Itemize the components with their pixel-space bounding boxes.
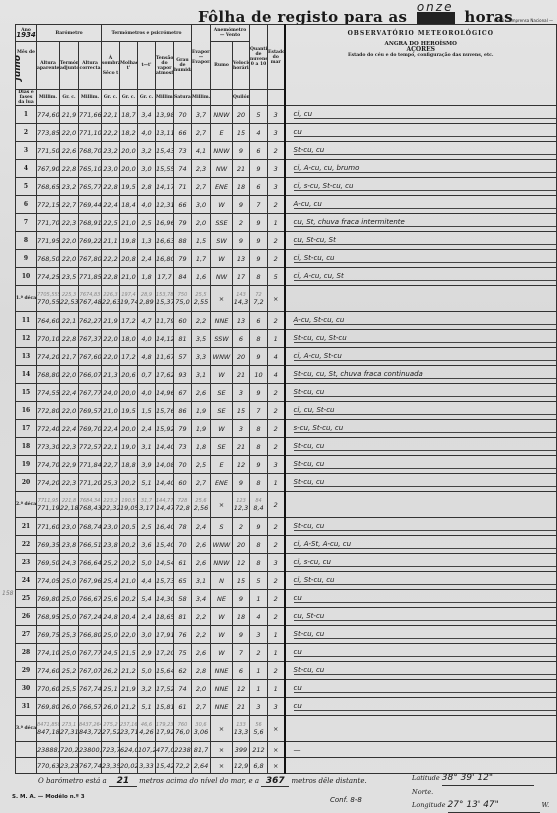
month-cell-vel: 12,9 [233,758,250,774]
sky-description: A-cu, cu [285,196,557,214]
sky-description-text: A-cu, St-cu, cu [294,316,557,325]
cell-nuv: 9 [250,518,268,536]
day-number: 25 [16,590,37,608]
sky-description-text: cu [294,684,557,693]
cell-vel: 9 [233,196,250,214]
cell-molh: 20,0 [120,142,138,160]
sky-description: ci, A-cu, cu, St [285,268,557,286]
decade-mean: 768,434 [79,504,102,512]
cell-alt-ap: 768,95 [37,608,60,626]
cell-seco: 25,1 [102,680,120,698]
table-row: 29774,6025,2767,0726,221,25,015,64622,8N… [16,662,557,680]
cell-alt-ap: 774,60 [37,106,60,124]
sky-description-text: ci, cu [294,110,557,119]
cell-alt-corr: 765,10 [79,160,102,178]
hour-redaction: onze [417,12,455,24]
table-row: 1774,6021,9771,6622,118,73,413,98703,7NN… [16,106,557,124]
cell-term-adj: 22,6 [60,142,79,160]
cell-vel: 9 [233,474,250,492]
decade-mean: 767,483 [79,298,102,306]
cell-evap: 1,8 [192,438,211,456]
cell-molh: 18,0 [120,330,138,348]
cell-tensao: 14,96 [156,384,174,402]
cell-alt-ap: 764,60 [37,312,60,330]
cell-molh: 20,2 [120,590,138,608]
cell-vel: 9 [233,232,250,250]
cell-grau: 71 [174,178,192,196]
table-row: 20774,2022,3771,2025,320,25,114,40602,7E… [16,474,557,492]
unit: Millim. [37,90,60,106]
cell-tensao: 18,65 [156,608,174,626]
decade-mean: 843,7264 [79,728,102,736]
cell-grau: 78 [174,518,192,536]
decade-mean: 5,6 [253,728,263,736]
cell-mar: 2 [268,384,285,402]
cell-rumo: NNE [211,698,233,716]
cell-evap: 3,5 [192,330,211,348]
cell-rumo: SSW [211,330,233,348]
month-cell-seco: 723,7 [102,742,120,758]
cell-tensao: 17,62 [156,366,174,384]
seco-header: À sombraSêco t [102,42,120,90]
cell-seco: 21,9 [102,312,120,330]
decade-cell-term-adj: 225,322,53 [60,286,79,312]
cell-nuv: 1 [250,680,268,698]
decade-description [285,716,557,742]
sky-description: cu [285,590,557,608]
cell-term-adj: 25,2 [60,662,79,680]
month-cell-diff: 3,33 [138,758,156,774]
cell-alt-corr: 766,80 [79,626,102,644]
cell-nuv: 10 [250,366,268,384]
cell-tensao: 17,52 [156,680,174,698]
sky-description: ci, A-St, A-cu, cu [285,536,557,554]
cell-rumo: W [211,420,233,438]
cell-grau: 79 [174,250,192,268]
decade-cell-alt-corr: 8437,264843,7264 [79,716,102,742]
unit: Gr. c. [60,90,79,106]
cell-alt-ap: 771,70 [37,214,60,232]
month-cell-alt-corr: 767,74 [79,758,102,774]
day-number: 4 [16,160,37,178]
cell-nuv: 5 [250,572,268,590]
cell-seco: 22,2 [102,250,120,268]
cell-term-adj: 25,0 [60,572,79,590]
cell-seco: 21,1 [102,232,120,250]
cell-rumo: WNW [211,536,233,554]
cell-mar: 2 [268,572,285,590]
cell-alt-ap: 771,50 [37,142,60,160]
month-cell-mar: × [268,742,285,758]
cell-rumo: NNE [211,312,233,330]
diff-header: t—t' [138,42,156,90]
decade-cell-rumo: × [211,286,233,312]
sky-description-text: ci, s-cu, St-cu, cu [294,182,557,191]
unit [250,90,268,106]
unit [211,90,233,106]
decade-2-rows: 11764,6022,1762,2721,917,24,711,79602,2N… [16,312,557,492]
cell-mar: 3 [268,698,285,716]
decade-cell-tensao: 179,2317,923 [156,716,174,742]
decade-cell-term-adj: 221,822,18 [60,492,79,518]
sky-description: St-cu, cu [285,662,557,680]
sky-description: cu, St-cu, St [285,232,557,250]
cell-term-adj: 22,0 [60,232,79,250]
cell-seco: 22,0 [102,330,120,348]
cell-evap: 2,0 [192,680,211,698]
table-row: 22769,3523,8766,5123,820,23,615,40702,6W… [16,536,557,554]
latitude-value: 38° 39' 12" [442,772,534,786]
cell-evap: 2,7 [192,474,211,492]
grau-header: Grau de humidade [174,42,192,90]
cell-alt-ap: 774,05 [37,572,60,590]
unit: Millim. [156,90,174,106]
cell-rumo: S [211,518,233,536]
cell-evap: 3,1 [192,572,211,590]
cell-nuv: 8 [250,438,268,456]
decade-mean: 22,53 [60,298,79,306]
decade-mean: 2,89 [139,298,153,306]
sky-description-text: cu, St-cu [294,612,557,621]
cell-molh: 21,0 [120,214,138,232]
cell-diff: 3,9 [138,456,156,474]
cell-tensao: 11,67 [156,348,174,366]
cell-alt-corr: 766,64 [79,554,102,572]
day-number: 31 [16,698,37,716]
cell-nuv: 9 [250,214,268,232]
table-row: 10774,2523,5771,8522,821,01,817,7841,6NW… [16,268,557,286]
decade-cell-alt-corr: 7684,34768,434 [79,492,102,518]
sky-description-text: St-cu, cu [294,522,557,531]
day-number: 30 [16,680,37,698]
cell-rumo: NNW [211,142,233,160]
cell-vel: 13 [233,312,250,330]
decade-mean: 27,52 [102,728,120,736]
sky-description: cu, St, chuva fraca intermitente [285,214,557,232]
cell-diff: 3,1 [138,438,156,456]
sky-description-text: St-cu, cu [294,478,557,487]
cell-alt-ap: 768,80 [37,366,60,384]
cell-term-adj: 22,1 [60,312,79,330]
cell-nuv: 8 [250,536,268,554]
cell-alt-corr: 771,20 [79,474,102,492]
sky-description: cu [285,698,557,716]
cell-term-adj: 22,7 [60,196,79,214]
month-cell-term-adj: 23,23 [60,758,79,774]
decade-description [285,492,557,518]
cell-seco: 23,0 [102,160,120,178]
day-number: 6 [16,196,37,214]
cell-mar: 3 [268,124,285,142]
cell-nuv: 4 [250,124,268,142]
coordinates: Latitude 38° 39' 12" Norte. Longitude 27… [412,772,557,813]
cell-alt-ap: 772,80 [37,402,60,420]
cell-rumo: NW [211,160,233,178]
month-cell-alt-corr: 23800,00 [79,742,102,758]
cell-grau: 76 [174,626,192,644]
cell-vel: 18 [233,178,250,196]
decade-label: 3.ª década [16,716,37,742]
decade-cell-vel: 13313,3 [233,716,250,742]
cell-molh: 21,2 [120,698,138,716]
sky-description: ci, A-cu, St-cu [285,348,557,366]
table-row: 30770,6025,5767,7425,121,93,217,52742,0N… [16,680,557,698]
cell-mar: 1 [268,330,285,348]
cell-rumo: SW [211,232,233,250]
cell-grau: 65 [174,572,192,590]
day-number: 24 [16,572,37,590]
cell-term-adj: 25,0 [60,590,79,608]
cell-alt-corr: 769,70 [79,420,102,438]
sky-description-text: ci, A-St, A-cu, cu [294,540,557,549]
cell-nuv: 2 [250,644,268,662]
cell-rumo: SSE [211,214,233,232]
anemo-header: Anemómetro — Vento [211,25,250,42]
decade-cell-grau: 76076,0 [174,716,192,742]
unit: Millim. [79,90,102,106]
cell-evap: 4,1 [192,142,211,160]
cell-grau: 57 [174,348,192,366]
table-row: 4767,9022,8765,1023,020,03,015,55742,3NW… [16,160,557,178]
cell-mar: 2 [268,142,285,160]
barometer-header: Barómetro [37,25,102,42]
cell-term-adj: 22,0 [60,124,79,142]
cell-grau: 66 [174,196,192,214]
month-cell-grau: 72,2 [174,758,192,774]
cell-diff: 5,1 [138,698,156,716]
cell-alt-corr: 768,91 [79,214,102,232]
cell-seco: 24,0 [102,384,120,402]
month-cell-seco: 23,35 [102,758,120,774]
cell-grau: 60 [174,474,192,492]
cell-evap: 3,7 [192,106,211,124]
sky-description-text: St-cu, cu [294,388,557,397]
cell-seco: 22,4 [102,196,120,214]
cell-rumo: W [211,250,233,268]
decade-mean: 2 [274,501,278,509]
cell-mar: 2 [268,402,285,420]
table-row: 28774,1025,0767,7724,521,52,917,20752,6W… [16,644,557,662]
cell-term-adj: 22,0 [60,250,79,268]
cell-rumo: ENE [211,178,233,196]
sky-description-text: St-cu, cu [294,630,557,639]
cell-tensao: 14,08 [156,456,174,474]
cell-alt-corr: 767,77 [79,644,102,662]
cell-tensao: 14,12 [156,330,174,348]
rumo-header: Rumo [211,42,233,90]
decade-mean: 771,195 [37,504,60,512]
cell-diff: 3,0 [138,626,156,644]
barometer-height: 21 [109,776,137,787]
decade-cell-seco: 275,227,52 [102,716,120,742]
cell-grau: 73 [174,438,192,456]
cell-rumo: SE [211,438,233,456]
cell-grau: 61 [174,554,192,572]
month-summary: 23888,96720,223800,00723,7624,05107,2477… [16,742,557,774]
cell-diff: 3,2 [138,680,156,698]
cell-tensao: 15,92 [156,420,174,438]
sky-description-text: ci, St-cu, cu [294,254,557,263]
cell-nuv: 1 [250,590,268,608]
cell-mar: 3 [268,106,285,124]
table-row: 15774,5522,4767,7724,020,04,014,96672,6S… [16,384,557,402]
cell-term-adj: 21,7 [60,348,79,366]
table-row: 2773,8522,0771,1022,218,24,013,11662,7E1… [16,124,557,142]
sky-description-text: St-cu, cu, St, chuva fraca continuada [294,370,557,379]
cell-molh: 18,8 [120,456,138,474]
cell-tensao: 17,91 [156,626,174,644]
sky-description-text: St-cu, cu [294,442,557,451]
cell-grau: 61 [174,698,192,716]
day-number: 28 [16,644,37,662]
cell-mar: 2 [268,590,285,608]
cell-tensao: 16,96 [156,214,174,232]
vel-header: Velocidade horária [233,42,250,90]
decade-mean: 72,8 [175,504,189,512]
month-cell-alt-ap: 23888,96 [37,742,60,758]
cell-seco: 25,2 [102,554,120,572]
decade-cell-mar: 2 [268,492,285,518]
cell-evap: 1,7 [192,250,211,268]
cell-evap: 2,5 [192,456,211,474]
cell-tensao: 14,54 [156,554,174,572]
barometer-note: O barómetro está a 21 metros acima do ní… [38,776,367,787]
cell-vel: 2 [233,214,250,232]
cell-diff: 2,4 [138,250,156,268]
cell-vel: 6 [233,662,250,680]
cell-diff: 3,4 [138,106,156,124]
table-row: 31769,8026,0766,5726,021,25,115,81612,7N… [16,698,557,716]
cell-molh: 21,0 [120,572,138,590]
cell-tensao: 15,73 [156,572,174,590]
decade-mean: 847,185 [37,728,60,736]
table-row: 27769,7525,3766,8025,022,03,017,91762,2W… [16,626,557,644]
decade-mean: 75,0 [175,298,189,306]
cell-alt-corr: 772,57 [79,438,102,456]
cell-mar: 3 [268,178,285,196]
cell-seco: 25,6 [102,590,120,608]
year-header: Ano1934 [16,25,37,42]
cell-term-adj: 25,5 [60,680,79,698]
cell-evap: 2,6 [192,384,211,402]
unit: Gr. c. [120,90,138,106]
day-number: 29 [16,662,37,680]
cell-rumo: ENE [211,474,233,492]
cell-nuv: 9 [250,160,268,178]
cell-term-adj: 23,5 [60,268,79,286]
cell-mar: 3 [268,456,285,474]
sky-description: s-cu, St-cu, cu [285,420,557,438]
sky-description: cu [285,644,557,662]
day-number: 23 [16,554,37,572]
sky-description-text: ci, s-cu, cu [294,558,557,567]
table-row: 13774,2021,7767,6022,017,24,811,67573,3W… [16,348,557,366]
cell-seco: 22,7 [102,456,120,474]
cell-molh: 19,5 [120,178,138,196]
sky-description-text: St-cu, cu [294,666,557,675]
decade-cell-tensao: 153,7815,378 [156,286,174,312]
cell-vel: 12 [233,554,250,572]
observatory-name: OBSERVATÓRIO METEOROLÓGICO [286,31,557,36]
cell-term-adj: 25,0 [60,608,79,626]
cell-alt-ap: 774,55 [37,384,60,402]
cell-evap: 2,2 [192,312,211,330]
cell-tensao: 15,40 [156,536,174,554]
month-cell-evap: 2,64 [192,758,211,774]
decade-mean: 76,0 [175,728,189,736]
cell-molh: 17,2 [120,348,138,366]
decade-3-rows: 21771,6023,0768,7423,020,52,516,40782,4S… [16,518,557,716]
cell-alt-ap: 774,60 [37,662,60,680]
decade-cell-alt-ap: 8471,850847,185 [37,716,60,742]
cell-evap: 2,0 [192,214,211,232]
cell-molh: 18,4 [120,196,138,214]
table-row: 12770,1022,8767,3722,018,04,014,12813,5S… [16,330,557,348]
month-cell-rumo: × [211,742,233,758]
cell-term-adj: 23,2 [60,178,79,196]
sky-description-text: St-cu, cu, St-cu [294,334,557,343]
cell-rumo: WNW [211,348,233,366]
cell-nuv: 9 [250,232,268,250]
cell-molh: 20,8 [120,250,138,268]
cell-tensao: 17,20 [156,644,174,662]
cell-evap: 2,6 [192,644,211,662]
sky-description: cu [285,680,557,698]
cell-evap: 2,7 [192,698,211,716]
table-row: 5768,6523,2765,7722,819,52,814,17712,7EN… [16,178,557,196]
cell-seco: 24,5 [102,644,120,662]
decade-cell-molh: 237,1623,716 [120,716,138,742]
decade-summary-row: 3.ª década8471,850847,185273,127,318437,… [16,716,557,742]
cell-alt-ap: 772,15 [37,196,60,214]
cell-nuv: 3 [250,698,268,716]
cell-grau: 88 [174,232,192,250]
day-number: 16 [16,402,37,420]
cell-vel: 21 [233,438,250,456]
cell-alt-ap: 774,25 [37,268,60,286]
cell-rumo: NW [211,268,233,286]
decade-1-rows: 1774,6021,9771,6622,118,73,413,98703,7NN… [16,106,557,286]
cell-alt-ap: 774,10 [37,644,60,662]
cell-molh: 22,0 [120,626,138,644]
cell-vel: 3 [233,384,250,402]
unit: Gr. c. [138,90,156,106]
cell-tensao: 15,76 [156,402,174,420]
cell-mar: 2 [268,420,285,438]
cell-alt-corr: 771,10 [79,124,102,142]
decade-cell-grau: 72872,8 [174,492,192,518]
cell-term-adj: 23,8 [60,536,79,554]
cell-diff: 3,6 [138,536,156,554]
cell-alt-ap: 774,20 [37,474,60,492]
cell-nuv: 6 [250,178,268,196]
cell-vel: 9 [233,626,250,644]
decade-cell-alt-corr: 7674,83767,483 [79,286,102,312]
month-summary-label [16,742,37,758]
cell-alt-corr: 767,37 [79,330,102,348]
table-row: 8771,9522,0769,2221,119,81,316,63881,5SW… [16,232,557,250]
cell-alt-corr: 769,57 [79,402,102,420]
cell-diff: 4,0 [138,196,156,214]
cell-mar: 2 [268,232,285,250]
month-header: Mês deJulho [16,42,37,90]
cell-tensao: 15,43 [156,142,174,160]
cell-seco: 21,3 [102,366,120,384]
cell-alt-ap: 773,85 [37,124,60,142]
decade-cell-diff: 28,92,89 [138,286,156,312]
day-number: 8 [16,232,37,250]
cell-molh: 20,0 [120,384,138,402]
